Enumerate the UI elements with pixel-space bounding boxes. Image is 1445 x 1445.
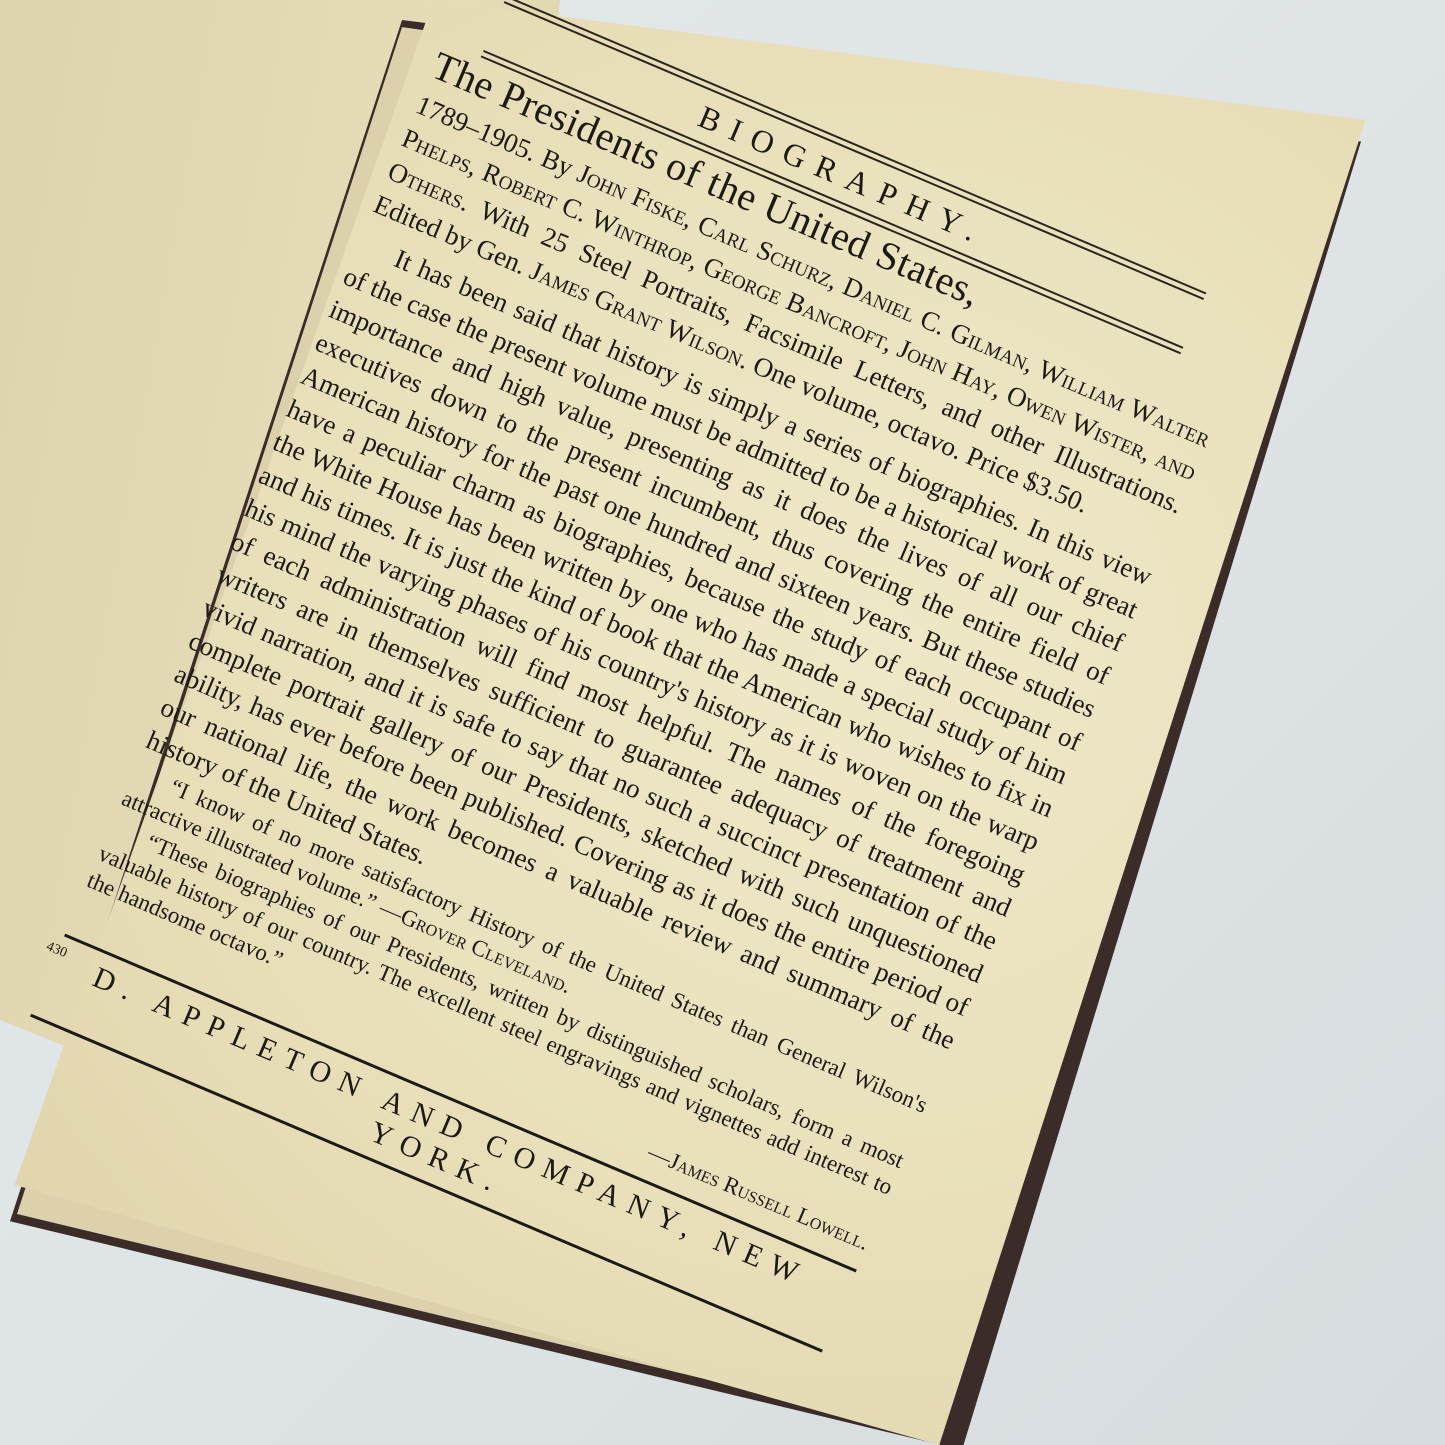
by-label: By (537, 143, 578, 183)
